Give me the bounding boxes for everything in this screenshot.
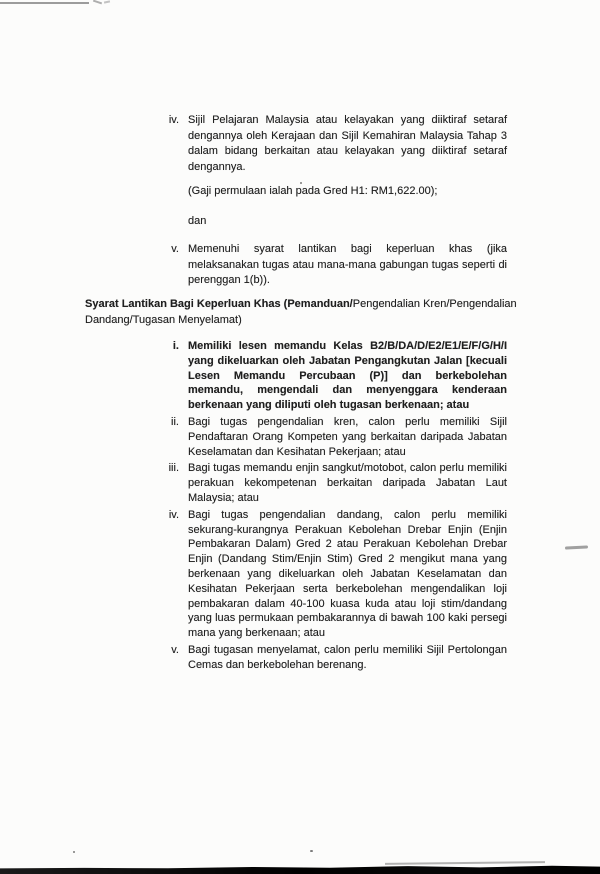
scanned-document-page: iv. Sijil Pelajaran Malaysia atau kelaya… [0, 0, 600, 874]
list-item-ii: ii. Bagi tugas pengendalian kren, calon … [188, 415, 507, 459]
section-heading-bold: Syarat Lantikan Bagi Keperluan Khas (Pem… [85, 298, 353, 310]
list-item-iii: iii. Bagi tugas memandu enjin sangkut/mo… [188, 461, 507, 505]
scan-edge-bar-bottom [0, 865, 600, 874]
section-heading: Syarat Lantikan Bagi Keperluan Khas (Pem… [85, 296, 526, 328]
scan-mark-top-tick [93, 0, 102, 4]
qualification-list: iv. Sijil Pelajaran Malaysia atau kelaya… [188, 113, 507, 289]
salary-note: (Gaji permulaan ialah pada Gred H1: RM1,… [188, 184, 507, 200]
scan-mark-top-tick [104, 0, 110, 3]
special-requirements-list: i. Memiliki lesen memandu Kelas B2/B/DA/… [188, 339, 507, 673]
list-item-text: Bagi tugas memandu enjin sangkut/motobot… [188, 461, 507, 505]
list-item-label: i. [147, 339, 179, 354]
list-item-text: Bagi tugasan menyelamat, calon perlu mem… [188, 643, 507, 673]
list-item-text: Sijil Pelajaran Malaysia atau kelayakan … [188, 113, 507, 175]
list-item-label: v. [147, 643, 179, 658]
list-item-v: v. Bagi tugasan menyelamat, calon perlu … [188, 643, 507, 673]
scan-mark-margin-dash [565, 545, 588, 549]
connector-word: dan [188, 214, 507, 230]
list-item-label: ii. [147, 415, 179, 430]
list-item-label: v. [147, 242, 179, 258]
list-item-text: Bagi tugas pengendalian dandang, calon p… [188, 508, 507, 641]
list-item-label: iv. [147, 508, 179, 523]
list-item-label: iv. [147, 113, 179, 129]
scan-smudge-bottom [385, 861, 545, 865]
list-item-i: i. Memiliki lesen memandu Kelas B2/B/DA/… [188, 339, 507, 413]
list-item-iv: iv. Bagi tugas pengendalian dandang, cal… [188, 508, 507, 641]
scan-speck [310, 850, 313, 852]
list-item-iv: iv. Sijil Pelajaran Malaysia atau kelaya… [188, 113, 507, 175]
scan-speck [73, 851, 75, 853]
list-item-text: Bagi tugas pengendalian kren, calon perl… [188, 415, 507, 459]
scan-edge-line-top [0, 2, 89, 4]
list-item-text: Memiliki lesen memandu Kelas B2/B/DA/D/E… [188, 339, 507, 413]
list-item-label: iii. [147, 461, 179, 476]
list-item-v: v. Memenuhi syarat lantikan bagi keperlu… [188, 242, 507, 289]
list-item-text: Memenuhi syarat lantikan bagi keperluan … [188, 242, 507, 289]
